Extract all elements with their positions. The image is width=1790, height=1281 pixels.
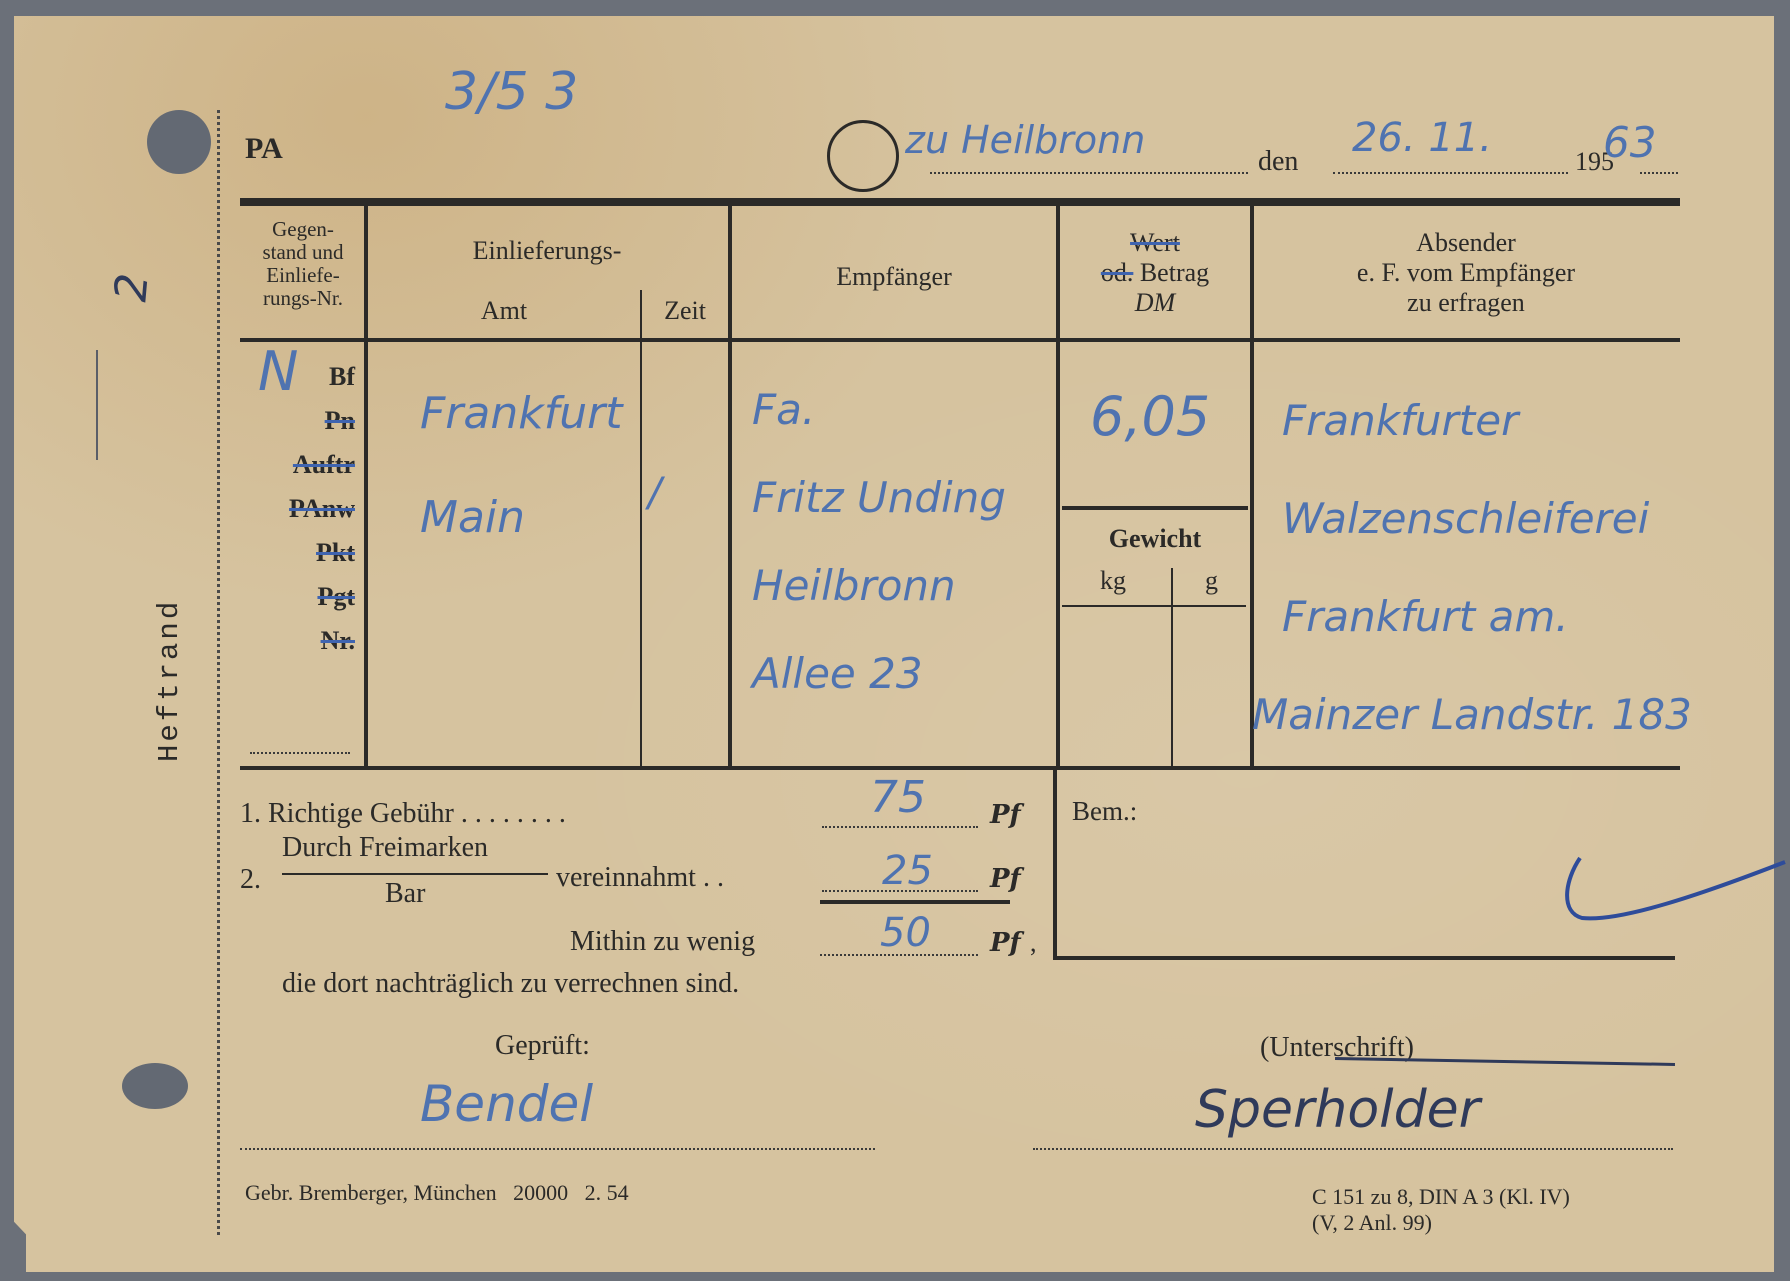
fee-line-2-label: vereinnahmt . . (556, 862, 724, 894)
checked-signature[interactable]: Bendel (420, 1075, 593, 1133)
col-divider-amt-zeit (640, 290, 642, 768)
header-amt: Amt (368, 296, 640, 326)
amt-field[interactable]: Frankfurt Main (420, 362, 622, 570)
fee-subtotal-rule (820, 900, 1010, 904)
margin-pencil-line (96, 350, 98, 460)
absender-field[interactable]: Frankfurter Walzenschleiferei Frankfurt … (1282, 372, 1692, 764)
fee-line-1-value[interactable]: 75 (870, 772, 926, 823)
place-dotted-line (930, 172, 1248, 174)
table-header-rule (240, 338, 1680, 342)
item-number-dotted-line (250, 752, 350, 754)
gewicht-label: Gewicht (1060, 524, 1250, 554)
betrag-field[interactable]: 6,05 (1090, 385, 1210, 448)
item-type-pn: Pn (250, 399, 355, 443)
fee-line-1: 1. Richtige Gebühr . . . . . . . . (240, 798, 566, 830)
col-divider-1 (364, 205, 368, 768)
gewicht-g-field[interactable] (1174, 610, 1248, 765)
fee-line-3-comma: , (1030, 928, 1037, 958)
margin-handwritten-note: 2 (105, 271, 158, 303)
table-bottom-rule (240, 766, 1680, 770)
sender-signature[interactable]: Sperholder (1195, 1080, 1480, 1140)
check-mark-icon (1560, 850, 1790, 930)
fee-line-2-unit: Pf (990, 864, 1021, 894)
gewicht-kg-g-divider (1171, 568, 1173, 766)
fee-line-2-num: 2. (240, 864, 261, 896)
year-field[interactable]: 63 (1603, 118, 1656, 167)
printer-imprint: Gebr. Bremberger, München 20000 2. 54 (245, 1180, 629, 1206)
form-reference: C 151 zu 8, DIN A 3 (Kl. IV) (V, 2 Anl. … (1312, 1184, 1570, 1236)
checked-signature-dotted-line (240, 1148, 875, 1150)
fee-line-3-value[interactable]: 50 (880, 910, 931, 956)
item-type-pgt: Pgt (250, 575, 355, 619)
remarks-label: Bem.: (1072, 796, 1137, 827)
header-absender: Absender e. F. vom Empfänger zu erfragen (1254, 228, 1678, 318)
fee-line-3-label: Mithin zu wenig (570, 926, 755, 958)
zeit-field[interactable]: / (648, 470, 661, 516)
date-dotted-line (1333, 172, 1568, 174)
punch-hole-bottom (122, 1063, 188, 1109)
fee-line-2-top: Durch Freimarken (282, 832, 488, 864)
table-top-rule (240, 198, 1680, 206)
fee-line-3-unit: Pf (990, 928, 1021, 958)
item-type-nr: Nr. (250, 619, 355, 663)
year-dotted-line (1640, 172, 1678, 174)
gewicht-top-rule (1062, 506, 1248, 510)
binding-margin-label: Heftrand (153, 599, 186, 762)
item-mark: N (258, 340, 298, 403)
place-field[interactable]: zu Heilbronn (905, 118, 1145, 162)
header-item: Gegen- stand und Einliefe- rungs-Nr. (244, 218, 362, 310)
sender-signature-dotted-line (1033, 1148, 1673, 1150)
fee-line-1-unit: Pf (990, 800, 1021, 830)
gewicht-sub-rule (1062, 605, 1246, 607)
form-code: PA (245, 132, 283, 166)
date-field[interactable]: 26. 11. (1352, 115, 1492, 161)
binding-margin-line (217, 110, 220, 1235)
header-empfaenger: Empfänger (732, 262, 1056, 292)
fee-line-1-dotted (822, 826, 978, 828)
item-type-panw: PAnw (250, 487, 355, 531)
remarks-bottom-rule (1053, 956, 1675, 960)
header-einlieferung: Einlieferungs- (368, 236, 726, 266)
gewicht-g-label: g (1205, 566, 1218, 596)
remarks-left-rule (1053, 770, 1057, 960)
checked-label: Geprüft: (495, 1030, 590, 1062)
fee-line-2-fraction-rule (282, 873, 548, 875)
reference-number: 3/5 3 (445, 62, 578, 122)
gewicht-kg-label: kg (1100, 566, 1126, 596)
header-zeit: Zeit (642, 296, 728, 326)
empfaenger-field[interactable]: Fa. Fritz Unding Heilbronn Allee 23 (752, 366, 1006, 718)
fee-line-2-bottom: Bar (385, 878, 425, 910)
item-type-pkt: Pkt (250, 531, 355, 575)
header-betrag: Wert od. Betrag DM (1060, 228, 1250, 318)
fee-line-2-value[interactable]: 25 (882, 848, 933, 894)
item-type-auftr: Auftr (250, 443, 355, 487)
punch-hole-top (147, 110, 211, 174)
date-label: den (1258, 146, 1298, 178)
fee-note: die dort nachträglich zu verrechnen sind… (282, 968, 739, 1000)
stamp-circle (827, 120, 899, 192)
gewicht-kg-field[interactable] (1062, 610, 1170, 765)
